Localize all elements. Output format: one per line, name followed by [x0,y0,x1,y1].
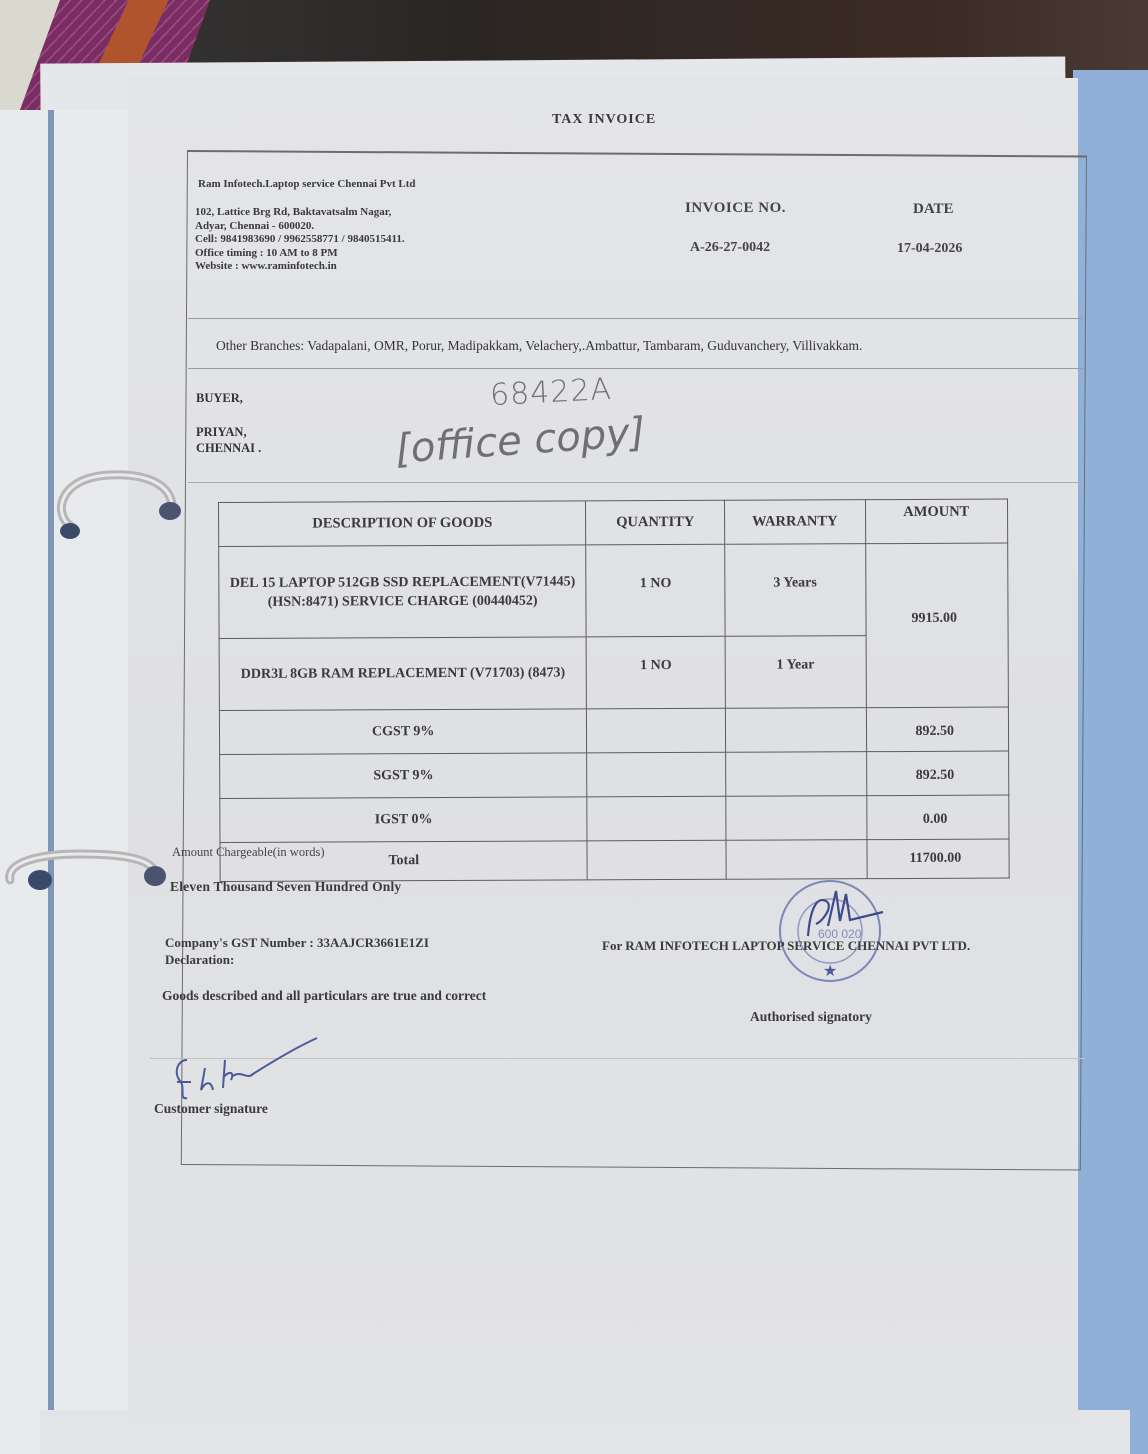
goods-table: DESCRIPTION OF GOODS QUANTITY WARRANTY A… [218,499,1010,882]
declaration-text: Goods described and all particulars are … [162,988,486,1004]
company-gst-number: Company's GST Number : 33AAJCR3661E1ZI [165,935,429,951]
items-amount: 9915.00 [865,543,1008,708]
item-warranty: 3 Years [725,544,866,637]
authorised-signatory-label: Authorised signatory [750,1009,872,1025]
tax-amount: 892.50 [866,751,1009,796]
binder-ring-icon [0,840,170,900]
divider [188,318,1083,319]
amount-words-label: Amount Chargeable(in words) [172,845,325,860]
tax-label: IGST 0% [220,797,588,843]
tax-label: SGST 9% [220,753,588,799]
company-stamp-icon: 600 020 ★ [768,876,888,986]
item-quantity: 1 NO [586,544,725,637]
empty-cell [587,708,726,753]
other-branches: Other Branches: Vadapalani, OMR, Porur, … [216,338,862,354]
date-value: 17-04-2026 [897,241,962,257]
item-warranty: 1 Year [725,636,866,709]
empty-cell [587,840,726,880]
table-header-row: DESCRIPTION OF GOODS QUANTITY WARRANTY A… [219,499,1008,546]
divider [188,482,1083,483]
binder-spine-edge [48,110,54,1430]
tax-label: CGST 9% [219,709,587,755]
tax-amount: 0.00 [866,795,1009,840]
empty-cell [587,796,726,841]
header-quantity: QUANTITY [586,500,725,545]
empty-cell [587,752,726,797]
address-line: 102, Lattice Brg Rd, Baktavatsalm Nagar, [195,206,405,220]
header-warranty: WARRANTY [724,500,865,545]
empty-cell [726,796,867,841]
total-amount: 11700.00 [867,839,1010,879]
address-line: Adyar, Chennai - 600020. [195,220,405,234]
item-description: DEL 15 LAPTOP 512GB SSD REPLACEMENT(V714… [219,545,587,639]
invoice-no-value: A-26-27-0042 [690,240,770,256]
buyer-city: CHENNAI . [196,440,261,456]
handwritten-reference: 68422A [489,372,613,413]
seller-website: Website : www.raminfotech.in [195,260,405,274]
customer-signature [165,1030,325,1110]
tax-row: SGST 9% 892.50 [220,751,1009,798]
header-amount: AMOUNT [865,499,1008,544]
buyer-details: PRIYAN, CHENNAI . [196,424,261,456]
seller-phone: Cell: 9841983690 / 9962558771 / 98405154… [195,233,405,247]
svg-text:★: ★ [823,961,837,980]
amount-in-words: Eleven Thousand Seven Hundred Only [170,879,401,895]
seller-address: 102, Lattice Brg Rd, Baktavatsalm Nagar,… [195,206,405,274]
item-description: DDR3L 8GB RAM REPLACEMENT (V71703) (8473… [219,637,587,711]
document-title: TAX INVOICE [552,112,656,128]
item-quantity: 1 NO [587,636,726,709]
office-timing: Office timing : 10 AM to 8 PM [195,247,405,261]
empty-cell [726,840,867,880]
for-company-label: For RAM INFOTECH LAPTOP SERVICE CHENNAI … [602,938,970,954]
empty-cell [726,752,867,797]
date-label: DATE [913,201,954,218]
buyer-name: PRIYAN, [196,424,261,440]
declaration-label: Declaration: [165,952,234,968]
table-row: DEL 15 LAPTOP 512GB SSD REPLACEMENT(V714… [219,543,1008,638]
empty-cell [725,708,866,753]
binder-ring-icon [30,465,190,545]
divider [188,368,1083,369]
tax-row: IGST 0% 0.00 [220,795,1009,842]
buyer-label: BUYER, [196,391,243,406]
customer-signature-label: Customer signature [154,1101,268,1117]
invoice-no-label: INVOICE NO. [685,200,786,217]
total-row: Total 11700.00 [220,839,1009,881]
seller-name: Ram Infotech.Laptop service Chennai Pvt … [198,178,416,190]
tax-amount: 892.50 [866,707,1009,752]
tax-row: CGST 9% 892.50 [219,707,1008,754]
header-description: DESCRIPTION OF GOODS [219,501,587,547]
